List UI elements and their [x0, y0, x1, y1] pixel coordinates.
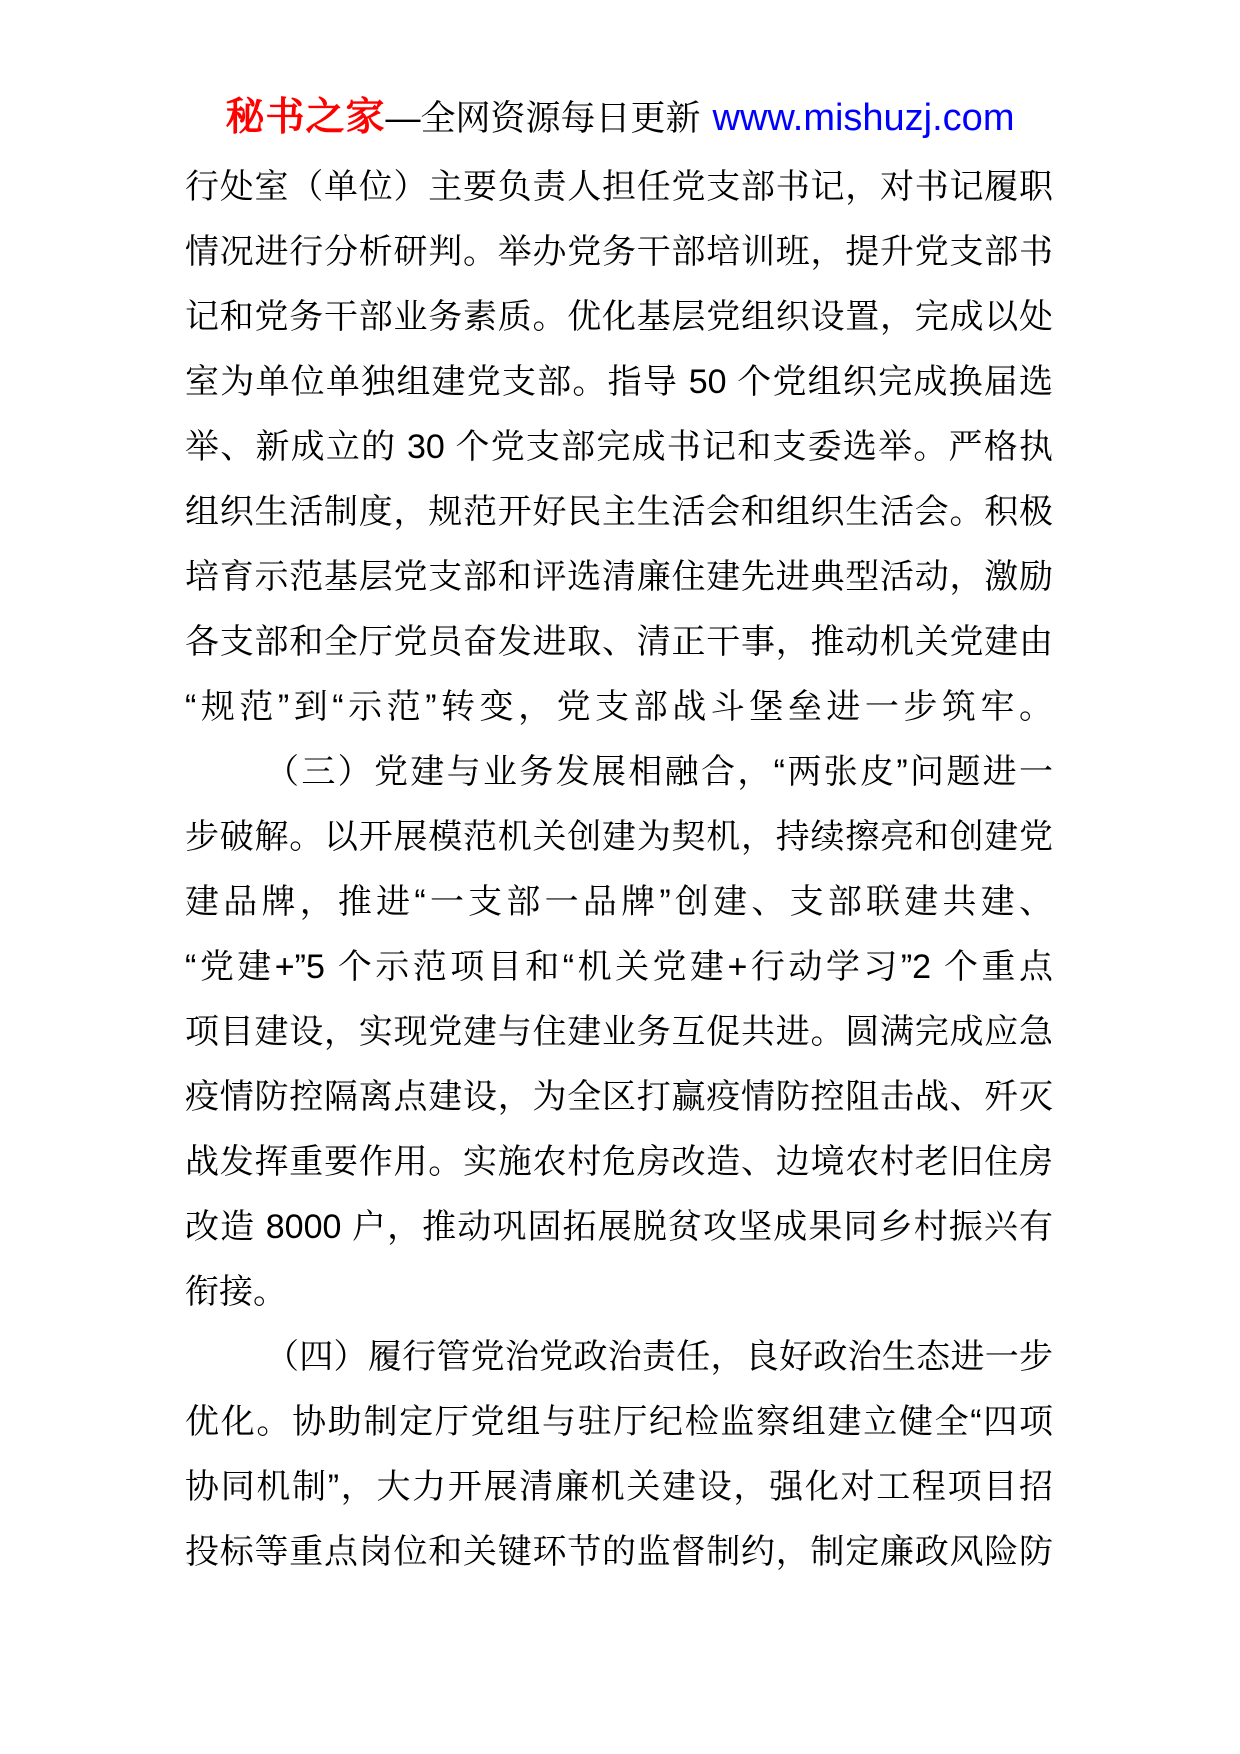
- text-line: 战发挥重要作用。实施农村危房改造、边境农村老旧住房: [185, 1130, 1053, 1195]
- text-line: 投标等重点岗位和关键环节的监督制约，制定廉政风险防: [185, 1520, 1053, 1585]
- text-line: 组织生活制度，规范开好民主生活会和组织生活会。积极: [185, 480, 1053, 545]
- paragraph-start-line: （三）党建与业务发展相融合，“两张皮”问题进一: [185, 740, 1053, 805]
- text-line: “党建+”5 个示范项目和“机关党建+行动学习”2 个重点: [185, 935, 1053, 1000]
- site-tagline: —全网资源每日更新: [386, 99, 701, 138]
- paragraph-start-line: （四）履行管党治党政治责任，良好政治生态进一步: [185, 1325, 1053, 1390]
- text-line: 建品牌，推进“一支部一品牌”创建、支部联建共建、: [185, 870, 1053, 935]
- text-line: 培育示范基层党支部和评选清廉住建先进典型活动，激励: [185, 545, 1053, 610]
- document-body: 行处室（单位）主要负责人担任党支部书记，对书记履职 情况进行分析研判。举办党务干…: [185, 155, 1053, 1585]
- paragraph-end-line: 衔接。: [185, 1260, 1053, 1325]
- site-brand: 秘书之家: [226, 96, 386, 139]
- text-line: 优化。协助制定厅党组与驻厅纪检监察组建立健全“四项: [185, 1390, 1053, 1455]
- text-line: 记和党务干部业务素质。优化基层党组织设置，完成以处: [185, 285, 1053, 350]
- text-line: 疫情防控隔离点建设，为全区打赢疫情防控阻击战、歼灭: [185, 1065, 1053, 1130]
- text-line: 情况进行分析研判。举办党务干部培训班，提升党支部书: [185, 220, 1053, 285]
- text-line: 项目建设，实现党建与住建业务互促共进。圆满完成应急: [185, 1000, 1053, 1065]
- text-line: 步破解。以开展模范机关创建为契机，持续擦亮和创建党: [185, 805, 1053, 870]
- site-url-link[interactable]: www.mishuzj.com: [713, 97, 1015, 139]
- document-page: 秘书之家—全网资源每日更新www.mishuzj.com 行处室（单位）主要负责…: [0, 0, 1240, 1754]
- document-header: 秘书之家—全网资源每日更新www.mishuzj.com: [0, 96, 1240, 141]
- text-line: 改造 8000 户，推动巩固拓展脱贫攻坚成果同乡村振兴有效: [185, 1195, 1053, 1260]
- text-line: 协同机制”，大力开展清廉机关建设，强化对工程项目招: [185, 1455, 1053, 1520]
- text-line: “规范”到“示范”转变，党支部战斗堡垒进一步筑牢。: [185, 675, 1053, 740]
- text-line: 各支部和全厅党员奋发进取、清正干事，推动机关党建由: [185, 610, 1053, 675]
- text-line: 行处室（单位）主要负责人担任党支部书记，对书记履职: [185, 155, 1053, 220]
- text-line: 室为单位单独组建党支部。指导 50 个党组织完成换届选: [185, 350, 1053, 415]
- text-line: 举、新成立的 30 个党支部完成书记和支委选举。严格执行: [185, 415, 1053, 480]
